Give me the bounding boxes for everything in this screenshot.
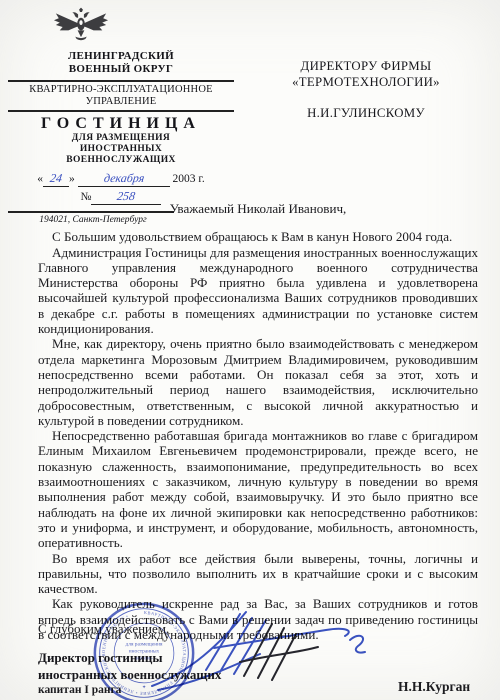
signer-name: Н.Н.Курган [398, 679, 470, 695]
scanned-letter-page: ЛЕНИНГРАДСКИЙ ВОЕННЫЙ ОКРУГ КВАРТИРНО-ЭК… [0, 0, 500, 700]
separator-rule [8, 80, 234, 82]
body-paragraph: Мне, как директору, очень приятно было в… [38, 336, 478, 428]
recipient-name: Н.И.ГУЛИНСКОМУ [278, 105, 454, 121]
recipient-block: ДИРЕКТОРУ ФИРМЫ «ТЕРМОТЕХНОЛОГИИ» Н.И.ГУ… [278, 58, 454, 121]
salutation: Уважаемый Николай Иванович, [38, 201, 478, 216]
body-paragraph: С Большим удовольствием обращаюсь к Вам … [38, 229, 478, 244]
organization-subtitle-line: ИНОСТРАННЫХ [8, 144, 234, 155]
department-line: КВАРТИРНО-ЭКСПЛУАТАЦИОННОЕ [8, 84, 234, 96]
department-line: УПРАВЛЕНИЕ [8, 96, 234, 108]
military-district-line: ВОЕННЫЙ ОКРУГ [8, 63, 234, 76]
date-line: «24» декабря 2003 г. [8, 171, 234, 187]
organization-title: ГОСТИНИЦА [8, 115, 234, 133]
date-quote-close: » [69, 173, 75, 185]
recipient-company-line: «ТЕРМОТЕХНОЛОГИИ» [278, 74, 454, 90]
handwritten-day: 24 [49, 171, 63, 186]
organization-subtitle-line: ВОЕННОСЛУЖАЩИХ [8, 155, 234, 166]
body-paragraph: Непосредственно работавшая бригада монта… [38, 428, 478, 550]
double-headed-eagle-icon [52, 6, 110, 46]
organization-subtitle-line: ДЛЯ РАЗМЕЩЕНИЯ [8, 133, 234, 144]
body-paragraph: Во время их работ все действия были выве… [38, 551, 478, 597]
recipient-title-line: ДИРЕКТОРУ ФИРМЫ [278, 58, 454, 74]
signature-scribble [148, 602, 390, 694]
date-year: 2003 г. [173, 173, 205, 185]
handwritten-month: декабря [102, 171, 144, 186]
svg-text:✦: ✦ [142, 685, 146, 691]
military-district-line: ЛЕНИНГРАДСКИЙ [8, 50, 234, 63]
letterhead-block: ЛЕНИНГРАДСКИЙ ВОЕННЫЙ ОКРУГ КВАРТИРНО-ЭК… [8, 50, 234, 225]
letter-body: Уважаемый Николай Иванович, С Большим уд… [38, 201, 478, 642]
separator-rule [8, 110, 234, 112]
body-paragraph: Администрация Гостиницы для размещения и… [38, 245, 478, 337]
